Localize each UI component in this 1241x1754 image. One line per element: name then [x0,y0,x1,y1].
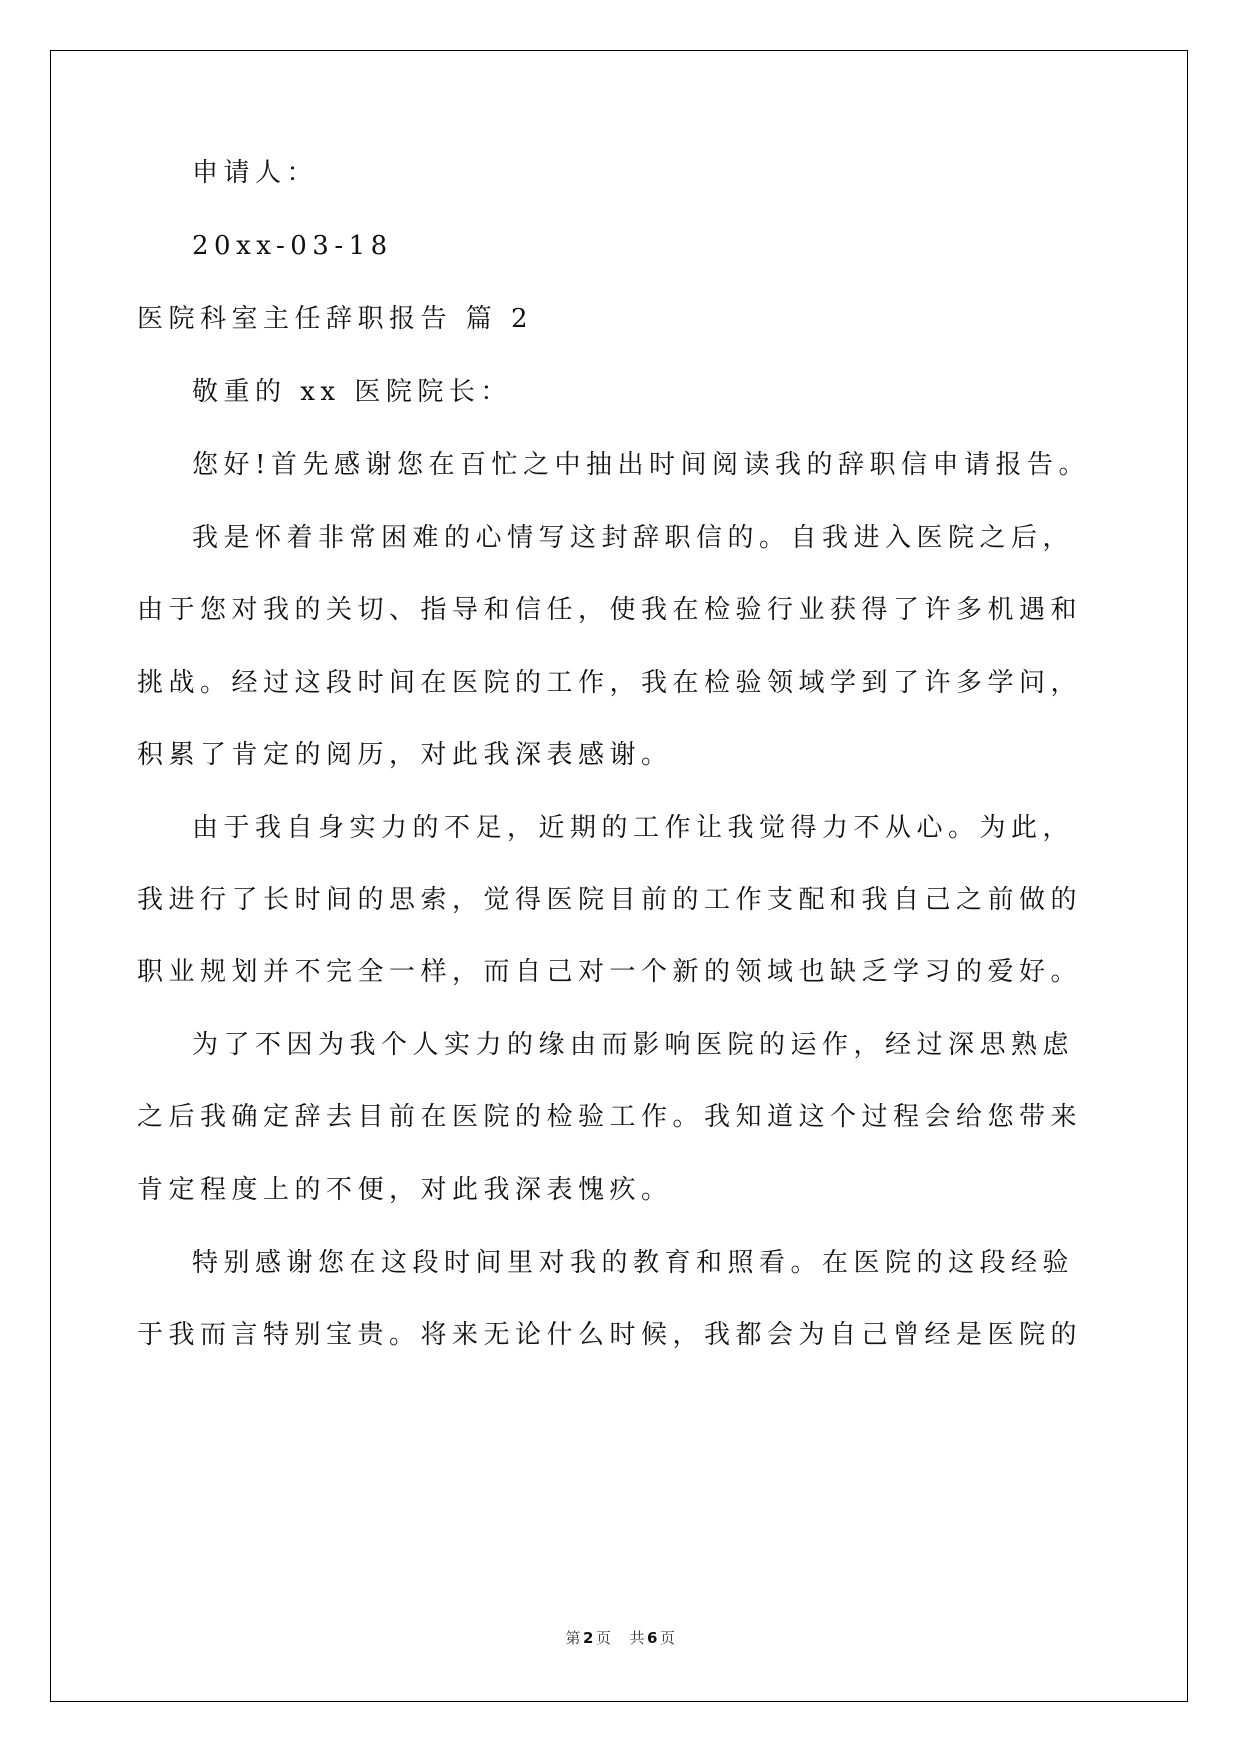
section-title: 医院科室主任辞职报告 篇 2 [137,303,533,335]
page-footer: 第2页共6页 [0,1627,1241,1648]
paragraph-line: 为了不因为我个人实力的缘由而影响医院的运作，经过深思熟虑 [192,1029,1074,1061]
page-prefix: 第 [566,1629,582,1647]
paragraph-line: 您好!首先感谢您在百忙之中抽出时间阅读我的辞职信申请报告。 [192,449,1090,481]
page-suffix: 页 [596,1629,612,1647]
paragraph-line: 特别感谢您在这段时间里对我的教育和照看。在医院的这段经验 [192,1247,1074,1279]
current-page-number: 2 [583,1629,594,1647]
paragraph-line: 由于我自身实力的不足，近期的工作让我觉得力不从心。为此， [192,812,1074,844]
total-suffix: 页 [660,1629,676,1647]
salutation: 敬重的 xx 医院院长： [192,376,512,408]
paragraph-line: 我是怀着非常困难的心情写这封辞职信的。自我进入医院之后， [192,522,1074,554]
paragraph-line: 于我而言特别宝贵。将来无论什么时候，我都会为自己曾经是医院的 [137,1319,1082,1351]
paragraph-line: 肯定程度上的不便，对此我深表愧疚。 [137,1174,673,1206]
paragraph-line: 之后我确定辞去目前在医院的检验工作。我知道这个过程会给您带来 [137,1101,1082,1133]
paragraph-line: 由于您对我的关切、指导和信任，使我在检验行业获得了许多机遇和 [137,594,1082,626]
total-pages-number: 6 [647,1629,658,1647]
paragraph-line: 我进行了长时间的思索，觉得医院目前的工作支配和我自己之前做的 [137,884,1082,916]
applicant-label: 申请人： [192,157,318,189]
date-line: 20xx-03-18 [192,230,393,262]
total-prefix: 共 [630,1629,646,1647]
page-border [50,50,1188,1702]
paragraph-line: 积累了肯定的阅历，对此我深表感谢。 [137,739,673,771]
paragraph-line: 职业规划并不完全一样，而自己对一个新的领域也缺乏学习的爱好。 [137,956,1082,988]
paragraph-line: 挑战。经过这段时间在医院的工作，我在检验领域学到了许多学问， [137,667,1082,699]
